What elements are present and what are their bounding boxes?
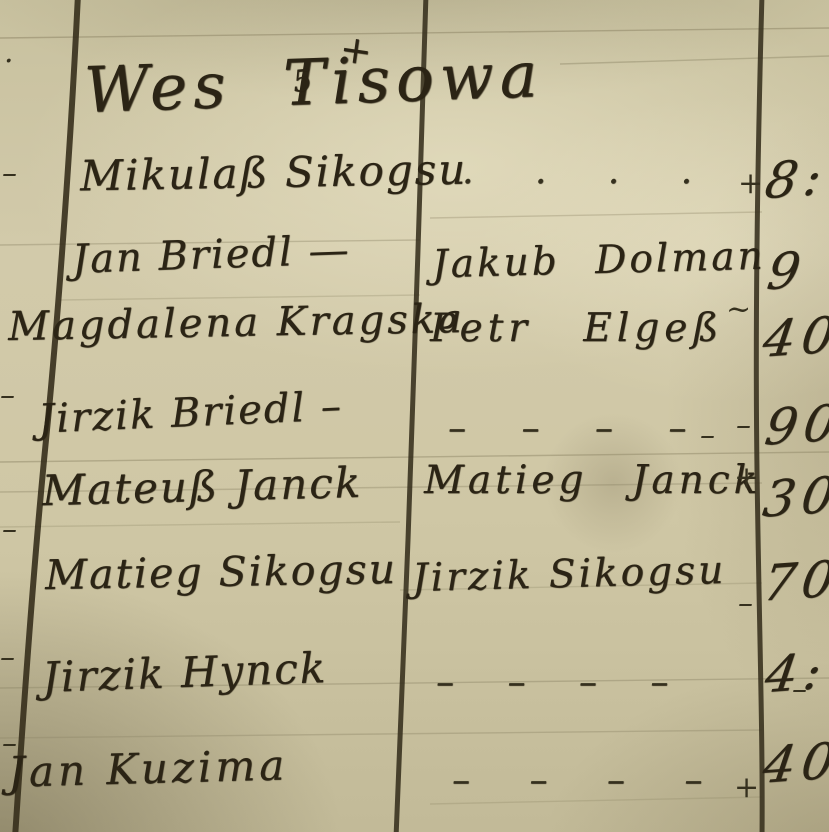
faint-rule: [0, 28, 829, 38]
name-primary: Matieg Sikogsu: [45, 545, 398, 599]
column-tick: +: [738, 166, 763, 201]
column-tick: –: [792, 672, 807, 707]
name-secondary: Matieg Janck: [424, 458, 761, 503]
ditto-marks: – – – –: [448, 408, 686, 449]
amount-value: 30: [759, 465, 829, 528]
name-primary: Jan Kuzima: [7, 740, 288, 796]
column-tick: –: [700, 418, 715, 453]
margin-tick: –: [0, 640, 15, 675]
cross-mark: +: [337, 26, 375, 74]
name-secondary: Petr Elgeß: [430, 306, 723, 351]
faint-rule: [430, 212, 762, 218]
amount-value: 90: [761, 393, 829, 456]
column-tick: +: [734, 770, 759, 805]
ditto-marks: – – – –: [452, 760, 702, 801]
name-primary: Magdalena Kragska: [8, 296, 465, 350]
name-primary: Jirzik Hynck: [41, 643, 328, 702]
name-secondary: Jakub Dolman: [431, 234, 766, 288]
faint-rule: [560, 56, 829, 64]
column-tick: –: [738, 586, 753, 621]
name-secondary: Jirzik Sikogsu: [411, 548, 726, 601]
name-primary: Jan Briedl —: [71, 227, 351, 283]
amount-value: 40: [759, 305, 829, 368]
margin-tick: –: [2, 156, 17, 191]
column-tick: –: [736, 408, 751, 443]
manuscript-page: Wes Tisowa + 5 Mikulaß Sikogsu · · · · 8…: [0, 0, 829, 832]
margin-tick: –: [2, 726, 17, 761]
margin-tick: ·: [4, 44, 14, 79]
amount-value: 70: [759, 549, 829, 612]
column-line-middle: [396, 0, 426, 832]
amount-value: 40: [759, 731, 829, 794]
column-tick: ~: [726, 292, 751, 327]
amount-value: 8:: [761, 148, 829, 210]
name-primary: Mikulaß Sikogsu: [80, 145, 468, 201]
ditto-marks: · · · ·: [462, 162, 692, 203]
column-tick: +: [734, 460, 759, 495]
column-line-right: [756, 0, 762, 832]
margin-tick: –: [2, 512, 17, 547]
superscript-mark: 5: [291, 63, 314, 100]
margin-tick: –: [0, 378, 15, 413]
faint-rule: [0, 522, 400, 527]
ditto-marks: – – – –: [436, 662, 668, 703]
name-primary: Mateuß Janck: [41, 458, 362, 515]
faint-rule: [0, 730, 762, 738]
